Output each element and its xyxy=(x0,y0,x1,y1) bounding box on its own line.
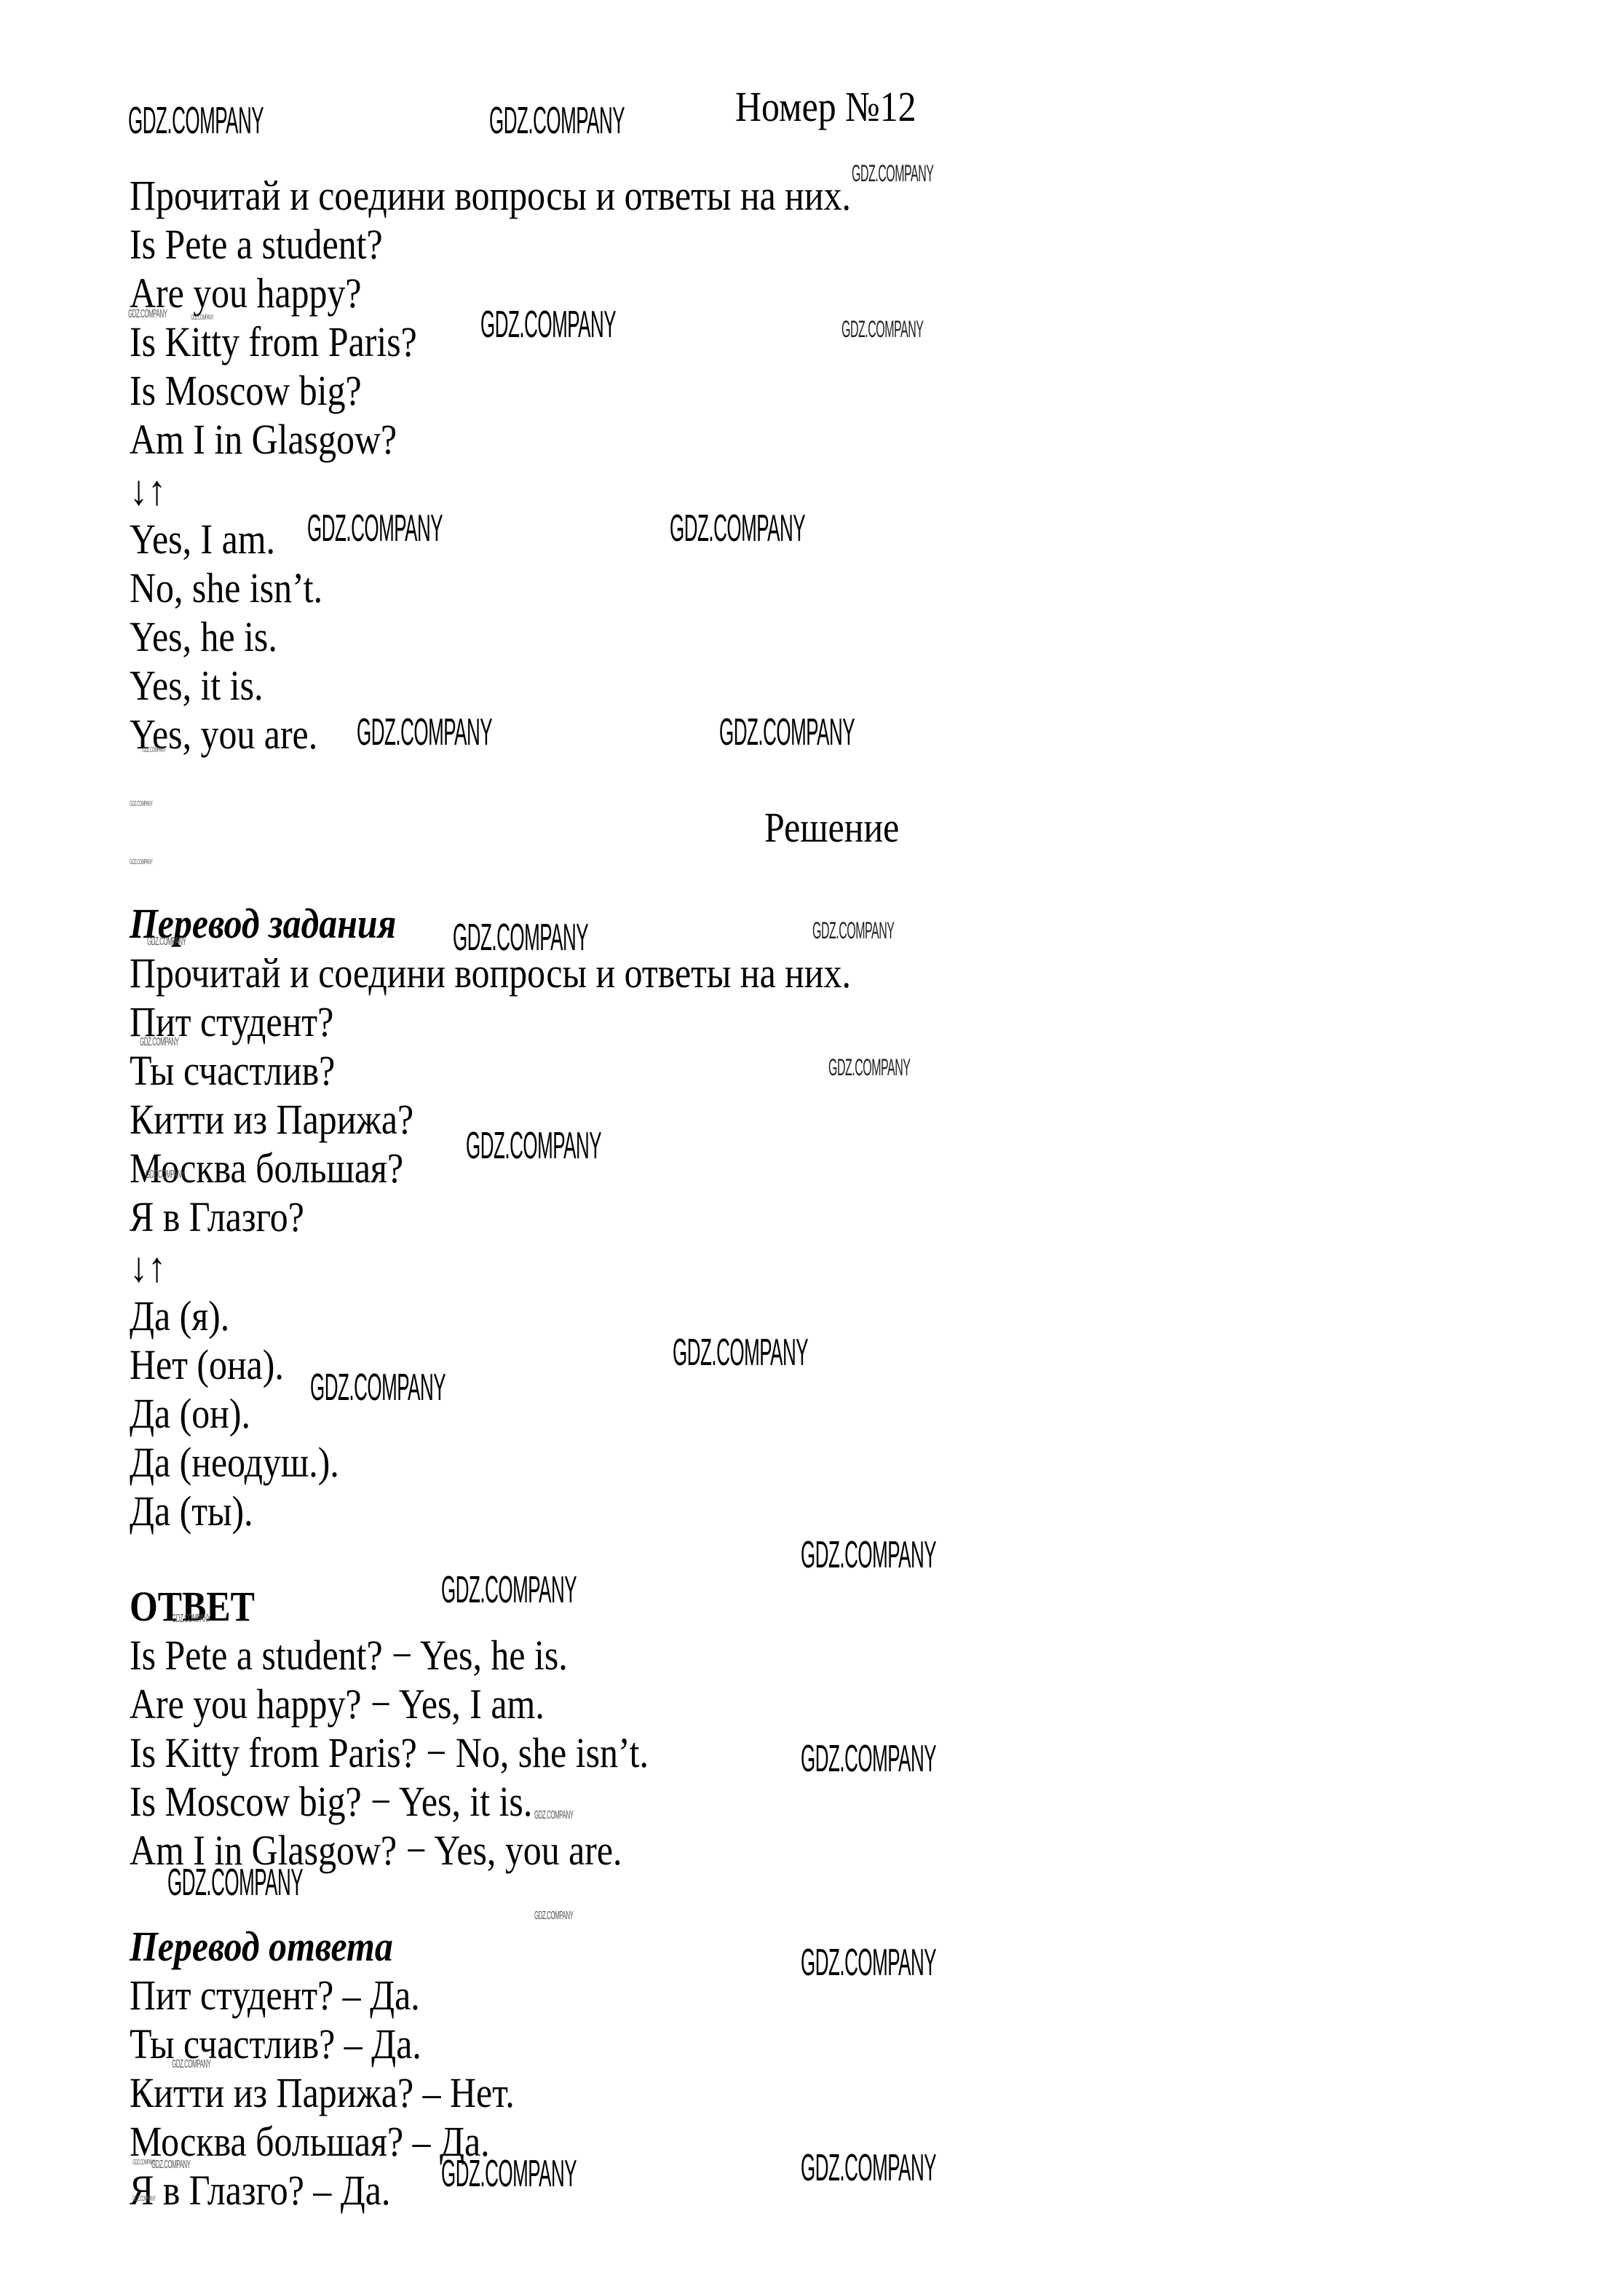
watermark: GDZ.COMPANY xyxy=(489,102,625,140)
arrows-icon-2: ↓↑ xyxy=(130,1246,166,1289)
watermark: GDZ.COMPANY xyxy=(441,2155,577,2193)
translated-question-3: Китти из Парижа? xyxy=(130,1099,413,1141)
question-5: Am I in Glasgow? xyxy=(130,419,397,461)
answer-line-1: Is Pete a student? − Yes, he is. xyxy=(130,1634,568,1677)
translated-answer-5: Да (ты). xyxy=(130,1490,253,1532)
watermark: GDZ.COMPANY xyxy=(128,102,264,140)
watermark: GDZ.COMPANY xyxy=(130,859,152,866)
arrows-icon: ↓↑ xyxy=(130,470,166,512)
task-instruction: Прочитай и соедини вопросы и ответы на н… xyxy=(130,175,851,217)
watermark: GDZ.COMPANY xyxy=(801,1536,936,1574)
translated-answer-1: Да (я). xyxy=(130,1295,229,1337)
translated-question-5: Я в Глазго? xyxy=(130,1196,304,1238)
page-title: Номер №12 xyxy=(735,86,916,128)
watermark: GDZ.COMPANY xyxy=(172,2059,210,2070)
watermark: GDZ.COMPANY xyxy=(307,510,443,547)
solution-heading: Решение xyxy=(764,807,899,849)
watermark: GDZ.COMPANY xyxy=(191,315,213,322)
answer-translation-line-3: Китти из Парижа? – Нет. xyxy=(130,2072,515,2114)
translated-answer-2: Нет (она). xyxy=(130,1344,284,1386)
watermark: GDZ.COMPANY xyxy=(441,1571,577,1609)
watermark: GDZ.COMPANY xyxy=(719,713,855,751)
watermark: GDZ.COMPANY xyxy=(670,510,805,547)
question-4: Is Moscow big? xyxy=(130,370,362,412)
answer-translation-line-1: Пит студент? – Да. xyxy=(130,1974,420,2017)
question-1: Is Pete a student? xyxy=(130,224,383,266)
answer-line-2: Are you happy? − Yes, I am. xyxy=(130,1683,544,1725)
watermark: GDZ.COMPANY xyxy=(143,747,165,754)
watermark: GDZ.COMPANY xyxy=(453,919,588,957)
watermark: GDZ.COMPANY xyxy=(130,801,152,808)
translated-answer-4: Да (неодуш.). xyxy=(130,1441,339,1484)
answer-1: Yes, I am. xyxy=(130,518,275,561)
watermark: GDZ.COMPANY xyxy=(147,936,186,948)
answer-2: No, she isn’t. xyxy=(130,567,322,609)
watermark: GDZ.COMPANY xyxy=(828,1056,910,1079)
translated-answer-3: Да (он). xyxy=(130,1393,250,1435)
watermark: GDZ.COMPANY xyxy=(801,1944,936,1982)
question-3: Is Kitty from Paris? xyxy=(130,321,417,363)
watermark: GDZ.COMPANY xyxy=(801,2149,936,2187)
watermark: GDZ.COMPANY xyxy=(466,1127,601,1165)
watermark: GDZ.COMPANY xyxy=(128,309,167,320)
document-page: Номер №12 Прочитай и соедини вопросы и о… xyxy=(0,0,1624,2294)
watermark: GDZ.COMPANY xyxy=(151,2159,190,2171)
watermark: GDZ.COMPANY xyxy=(132,2196,155,2203)
watermark: GDZ.COMPANY xyxy=(852,162,933,185)
watermark: GDZ.COMPANY xyxy=(146,1169,184,1181)
watermark: GDZ.COMPANY xyxy=(310,1369,445,1407)
answer-translation-heading: Перевод ответа xyxy=(130,1926,393,1968)
watermark: GDZ.COMPANY xyxy=(140,1037,178,1048)
watermark: GDZ.COMPANY xyxy=(673,1334,808,1372)
answer-translation-line-5: Я в Глазго? – Да. xyxy=(130,2170,390,2212)
answer-translation-line-4: Москва большая? – Да. xyxy=(130,2121,490,2163)
watermark: GDZ.COMPANY xyxy=(167,1864,303,1902)
watermark: GDZ.COMPANY xyxy=(480,306,616,344)
watermark: GDZ.COMPANY xyxy=(812,919,894,942)
watermark: GDZ.COMPANY xyxy=(534,1910,573,1922)
translated-question-2: Ты счастлив? xyxy=(130,1050,335,1092)
answer-3: Yes, he is. xyxy=(130,616,277,658)
answer-line-4: Is Moscow big? − Yes, it is. xyxy=(130,1781,532,1823)
watermark: GDZ.COMPANY xyxy=(801,1740,936,1778)
watermark: GDZ.COMPANY xyxy=(172,1613,210,1625)
watermark: GDZ.COMPANY xyxy=(357,713,492,751)
watermark: GDZ.COMPANY xyxy=(841,317,923,341)
answer-4: Yes, it is. xyxy=(130,665,263,707)
watermark: GDZ.COMPANY xyxy=(534,1810,573,1822)
answer-line-3: Is Kitty from Paris? − No, she isn’t. xyxy=(130,1732,649,1774)
